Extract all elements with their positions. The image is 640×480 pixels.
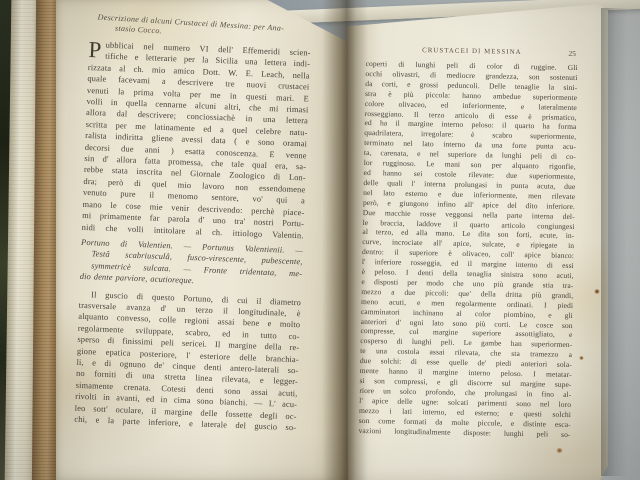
book-drop-shadow <box>601 8 627 476</box>
left-page-text: Descrizione di alcuni Crustacei di Messi… <box>74 12 312 434</box>
page-body: coperti di lunghi peli di color di ruggi… <box>359 59 578 439</box>
page-stack-edge-tan <box>32 0 60 480</box>
foxing-spot <box>579 356 584 360</box>
left-page: Descrizione di alcuni Crustacei di Messi… <box>56 0 350 480</box>
paragraph-intro: P ubblicai nel numero VI dell' Effemerid… <box>82 39 311 241</box>
right-page: CRUSTACEI DI MESSINA 25 coperti di lungh… <box>348 0 608 480</box>
species-diagnosis: Portuno di Valentien. — Portunus Valenti… <box>80 237 304 291</box>
foxing-spot <box>556 448 563 453</box>
foxing-spot <box>594 289 600 294</box>
right-page-text: CRUSTACEI DI MESSINA 25 coperti di lungh… <box>359 46 578 439</box>
paragraph-description: Il guscio di questo Portuno, di cui il d… <box>74 288 301 433</box>
running-title: CRUSTACEI DI MESSINA <box>422 47 522 56</box>
page-number: 25 <box>568 50 576 58</box>
drop-cap: P <box>88 40 102 60</box>
open-book-photo: Descrizione di alcuni Crustacei di Messi… <box>0 0 640 480</box>
page-header: CRUSTACEI DI MESSINA 25 <box>366 46 578 58</box>
